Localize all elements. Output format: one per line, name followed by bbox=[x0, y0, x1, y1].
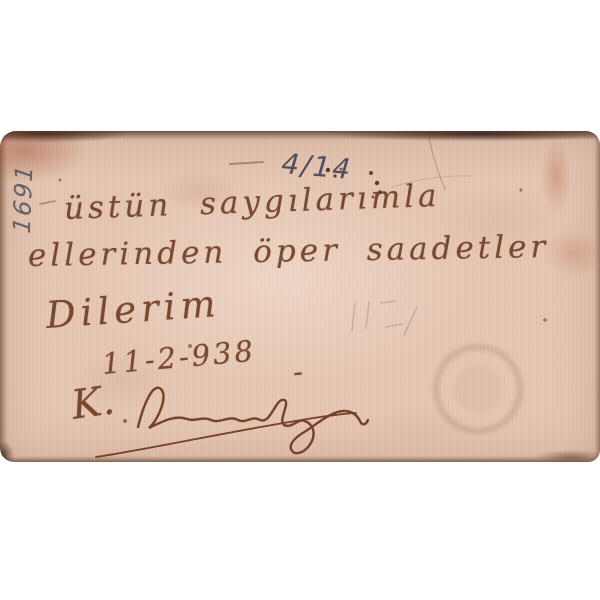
signature-flourish bbox=[96, 388, 368, 457]
scan-background: { "colors": { "background": "#ffffff", "… bbox=[0, 0, 600, 600]
faint-pencil-marks bbox=[352, 301, 417, 335]
handwriting-date-dash: - bbox=[292, 354, 305, 389]
pencil-archive-number-side: 1691 bbox=[8, 162, 38, 235]
handwriting-line-1: üstün saygılarımla bbox=[63, 178, 441, 227]
blind-stamp-circle bbox=[436, 347, 520, 431]
handwritten-card-back: 1691 4/14 üstün saygılarımla ellerinden … bbox=[0, 131, 600, 462]
pencil-archive-number-top: 4/14 bbox=[280, 147, 353, 186]
handwriting-date: 11-2-938 bbox=[101, 334, 258, 381]
signature-initial: K. bbox=[69, 377, 118, 428]
handwriting-line-2: ellerinden öper saadetler bbox=[28, 229, 550, 274]
handwriting-line-3: Dilerim bbox=[45, 282, 222, 337]
